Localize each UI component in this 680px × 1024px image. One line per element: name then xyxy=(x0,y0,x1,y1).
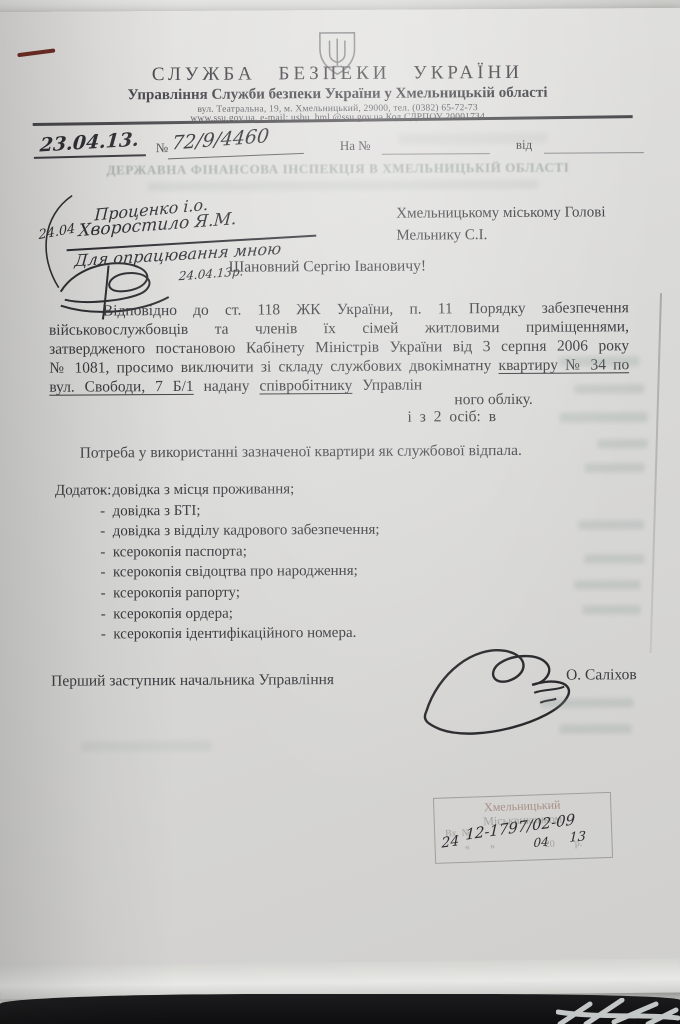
outgoing-date-handwritten: 23.04.13. xyxy=(39,129,140,157)
incoming-number-underline xyxy=(382,153,490,155)
bleed-through-smudge xyxy=(559,412,647,423)
recipient-line-1: Хмельницькому міському Голові xyxy=(396,201,605,224)
list-dash: - xyxy=(100,503,105,519)
stamp-month-handwritten: 04 xyxy=(533,834,549,850)
outgoing-number-label: № xyxy=(156,140,169,156)
recipient-line-2: Мельнику С.І. xyxy=(396,223,605,246)
body-line-7-fragment: і з 2 осіб: в xyxy=(407,408,496,427)
attachment-item: - ксерокопія рапорту; xyxy=(101,583,521,603)
attachment-text: ксерокопія ідентифікаційного номера. xyxy=(113,625,356,642)
incoming-date-underline xyxy=(544,152,644,154)
chair-lattice xyxy=(556,998,680,1024)
signature-title: Перший заступник начальника Управління xyxy=(51,671,334,691)
signature-name: О. Саліхов xyxy=(566,666,637,684)
list-dash: - xyxy=(100,565,105,581)
outgoing-number-handwritten: 72/9/4460 xyxy=(171,125,270,155)
attachment-text: ксерокопія рапорту; xyxy=(113,585,240,602)
list-dash: - xyxy=(101,585,106,601)
address-underlined: вул. Свободи, 7 Б/1 xyxy=(49,378,193,396)
attachment-text: довідка з БТІ; xyxy=(113,502,201,519)
list-dash: - xyxy=(101,606,106,622)
recipient-block: Хмельницькому міському Голові Мельнику С… xyxy=(396,201,606,246)
bleed-through-smudge xyxy=(574,580,640,589)
attachment-item: - довідка з місця проживання; xyxy=(100,480,520,500)
paper-sheet: СЛУЖБА БЕЗПЕКИ УКРАЇНИ Управління Служби… xyxy=(0,8,680,992)
sheet-crease xyxy=(650,293,662,653)
attachments-list: - довідка з місця проживання; - довідка … xyxy=(100,480,521,644)
list-dash: - xyxy=(100,524,105,540)
body-line-5-text: надану xyxy=(203,378,249,395)
bleed-through-smudge xyxy=(584,554,644,563)
list-dash: - xyxy=(100,482,105,498)
body-line-4-text: № 1081, просимо виключити зі складу служ… xyxy=(49,357,491,377)
bleed-through-smudge xyxy=(578,520,644,529)
bleed-through-smudge xyxy=(398,133,548,145)
margin-arc-stroke xyxy=(28,192,79,292)
stamp-day-handwritten: 24 xyxy=(442,833,460,852)
attachment-item: - довідка з БТІ; xyxy=(100,500,520,520)
attachment-text: довідка з відділу кадрового забезпечення… xyxy=(113,522,380,540)
attachment-text: ксерокопія свідоцтва про народження; xyxy=(113,563,358,580)
attachment-text: ксерокопія паспорта; xyxy=(113,543,247,560)
bleed-through-header: ДЕРЖАВНА ФІНАНСОВА ІНСПЕКЦІЯ В ХМЕЛЬНИЦЬ… xyxy=(68,159,608,178)
attachment-item: - довідка з відділу кадрового забезпечен… xyxy=(100,521,520,541)
bleed-through-smudge xyxy=(574,384,644,393)
stamp-year-handwritten: 13 xyxy=(569,829,586,846)
body-line-6-fragment: ного обліку. xyxy=(454,391,532,409)
bleed-through-smudge xyxy=(541,698,633,708)
bleed-through-smudge xyxy=(583,605,641,614)
bleed-through-smudge xyxy=(559,356,639,366)
attachment-item: - ксерокопія паспорта; xyxy=(100,542,520,562)
salutation: Шановний Сергію Івановичу! xyxy=(229,257,427,276)
list-dash: - xyxy=(100,544,105,560)
number-underline xyxy=(168,153,304,160)
bleed-through-smudge xyxy=(81,741,211,752)
body-line-5: вул. Свободи, 7 Б/1 надану співробітнику… xyxy=(49,376,422,396)
attachment-item: - ксерокопія ордера; xyxy=(101,603,521,623)
document-photo: СЛУЖБА БЕЗПЕКИ УКРАЇНИ Управління Служби… xyxy=(0,0,680,1024)
attachment-item: - ксерокопія свідоцтва про народження; xyxy=(100,562,520,582)
bleed-through-smudge xyxy=(598,439,648,448)
red-pen-mark xyxy=(17,48,55,56)
bleed-through-smudge xyxy=(148,180,538,191)
attachment-text: ксерокопія ордера; xyxy=(113,605,233,622)
registry-stamp: Хмельницький Міськвиконком Вх. № « » 20 … xyxy=(433,792,613,864)
org-name: СЛУЖБА БЕЗПЕКИ УКРАЇНИ xyxy=(0,61,677,87)
employee-underlined: співробітнику xyxy=(259,377,352,395)
bleed-through-smudge xyxy=(559,724,631,733)
bleed-through-smudge xyxy=(585,463,645,472)
attachment-text: довідка з місця проживання; xyxy=(112,481,294,498)
list-dash: - xyxy=(101,627,106,643)
conclusion-line: Потреба у використанні зазначеної кварти… xyxy=(80,442,522,463)
body-line-5-tail: Управлін xyxy=(362,376,422,393)
incoming-number-label: На № xyxy=(340,138,371,154)
